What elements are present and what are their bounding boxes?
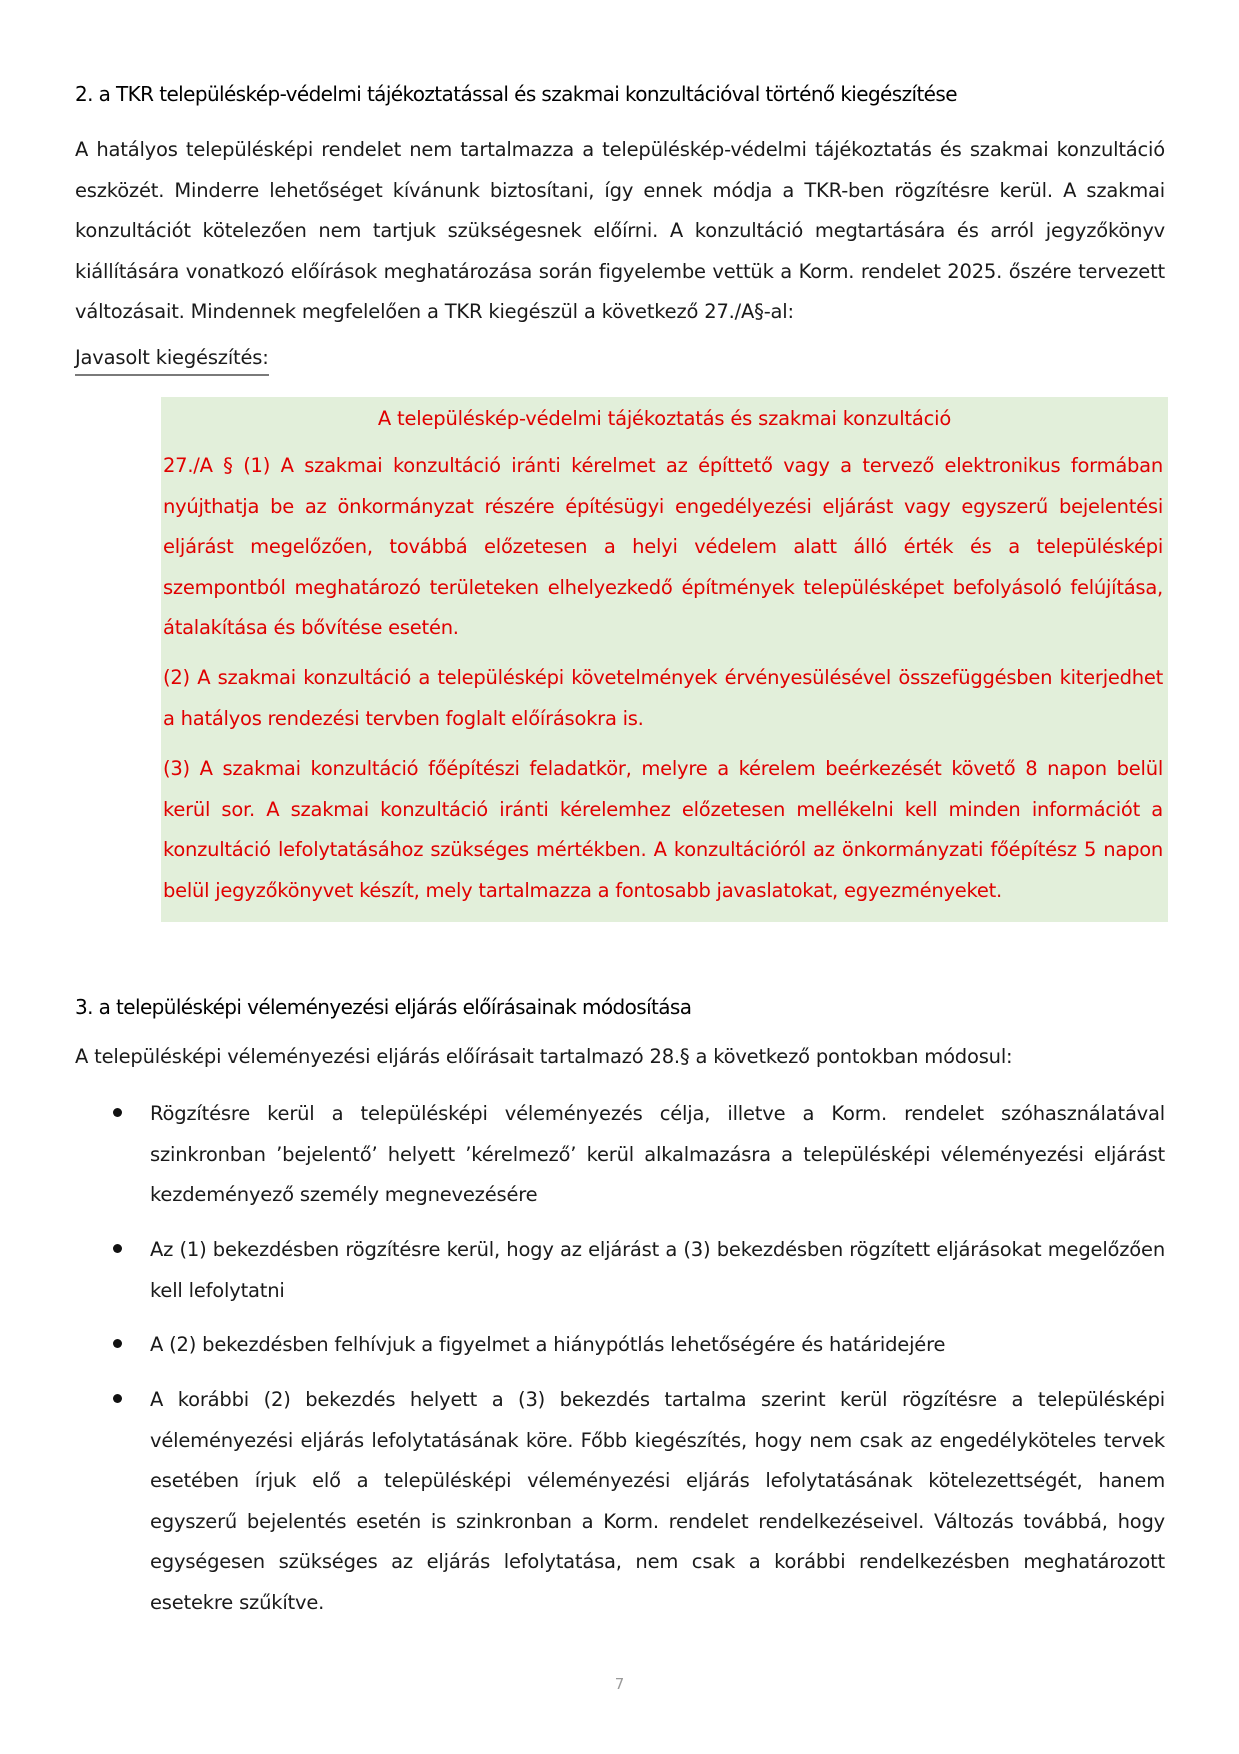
list-item-text: A korábbi (2) bekezdés helyett a (3) bek… [150, 1380, 1165, 1623]
bullet-icon [113, 1108, 122, 1117]
proposal-paragraph-1: 27./A § (1) A szakmai konzultáció iránti… [163, 446, 1163, 649]
list-item-text: Rögzítésre kerül a településképi vélemén… [150, 1094, 1165, 1216]
proposal-title: A településkép-védelmi tájékoztatás és s… [161, 403, 1168, 435]
bullet-icon [113, 1244, 122, 1253]
section-2-intro: A hatályos településképi rendelet nem ta… [75, 130, 1165, 333]
proposal-label: Javasolt kiegészítés: [75, 344, 269, 376]
section-3-intro: A településképi véleményezési eljárás el… [75, 1037, 1165, 1078]
proposal-paragraph-3: (3) A szakmai konzultáció főépítészi fel… [163, 749, 1163, 911]
proposal-box: A településkép-védelmi tájékoztatás és s… [161, 397, 1168, 922]
document-page: 2. a TKR településkép-védelmi tájékoztat… [0, 0, 1239, 1754]
proposal-paragraph-2: (2) A szakmai konzultáció a településkép… [163, 658, 1163, 739]
section-2-heading: 2. a TKR településkép-védelmi tájékoztat… [75, 82, 1165, 106]
section-3-heading: 3. a településképi véleményezési eljárás… [75, 995, 1165, 1019]
list-item-text: A (2) bekezdésben felhívjuk a figyelmet … [150, 1325, 1165, 1366]
list-item-text: Az (1) bekezdésben rögzítésre kerül, hog… [150, 1230, 1165, 1311]
page-number: 7 [0, 1675, 1239, 1693]
bullet-icon [113, 1394, 122, 1403]
bullet-icon [113, 1339, 122, 1348]
